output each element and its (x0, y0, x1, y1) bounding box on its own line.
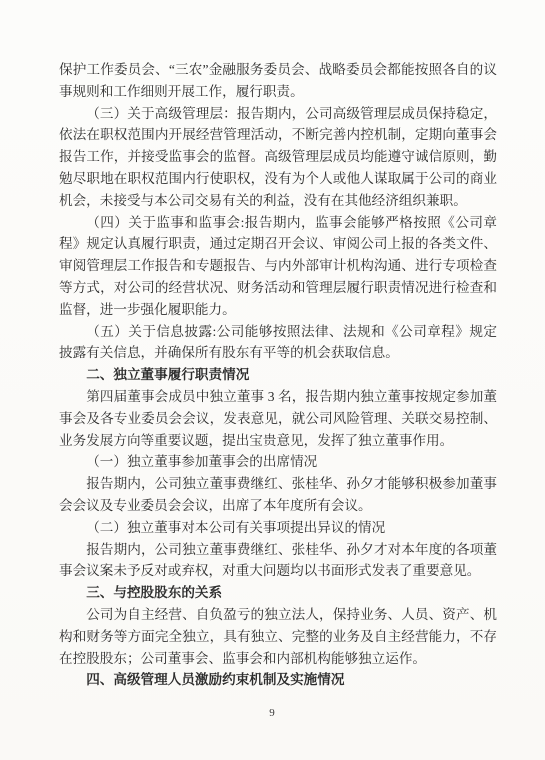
page-number: 9 (0, 707, 545, 719)
paragraph: 报告期内，公司独立董事费继红、张桂华、孙夕才能够积极参加董事会会议及专业委员会会… (59, 473, 497, 517)
paragraph: 保护工作委员会、“三农”金融服务委员会、战略委员会都能按照各自的议事规则和工作细… (59, 59, 497, 103)
paragraph: （五）关于信息披露:公司能够按照法律、法规和《公司章程》规定披露有关信息，并确保… (59, 321, 497, 365)
subsection-heading: （二）独立董事对本公司有关事项提出异议的情况 (59, 517, 497, 539)
section-heading: 三、与控股股东的关系 (59, 582, 497, 604)
subsection-heading: （一）独立董事参加董事会的出席情况 (59, 451, 497, 473)
paragraph: （四）关于监事和监事会:报告期内，监事会能够严格按照《公司章程》规定认真履行职责… (59, 212, 497, 321)
paragraph: 报告期内，公司独立董事费继红、张桂华、孙夕才对本年度的各项董事会议案未予反对或弃… (59, 539, 497, 583)
paragraph: 公司为自主经营、自负盈亏的独立法人，保持业务、人员、资产、机构和财务等方面完全独… (59, 604, 497, 669)
document-page: 保护工作委员会、“三农”金融服务委员会、战略委员会都能按照各自的议事规则和工作细… (0, 0, 545, 760)
section-heading: 四、高级管理人员激励约束机制及实施情况 (59, 669, 497, 691)
document-body: 保护工作委员会、“三农”金融服务委员会、战略委员会都能按照各自的议事规则和工作细… (59, 59, 497, 691)
paragraph: 第四届董事会成员中独立董事 3 名，报告期内独立董事按规定参加董事会及各专业委员… (59, 386, 497, 451)
section-heading: 二、独立董事履行职责情况 (59, 364, 497, 386)
paragraph: （三）关于高级管理层：报告期内，公司高级管理层成员保持稳定，依法在职权范围内开展… (59, 103, 497, 212)
